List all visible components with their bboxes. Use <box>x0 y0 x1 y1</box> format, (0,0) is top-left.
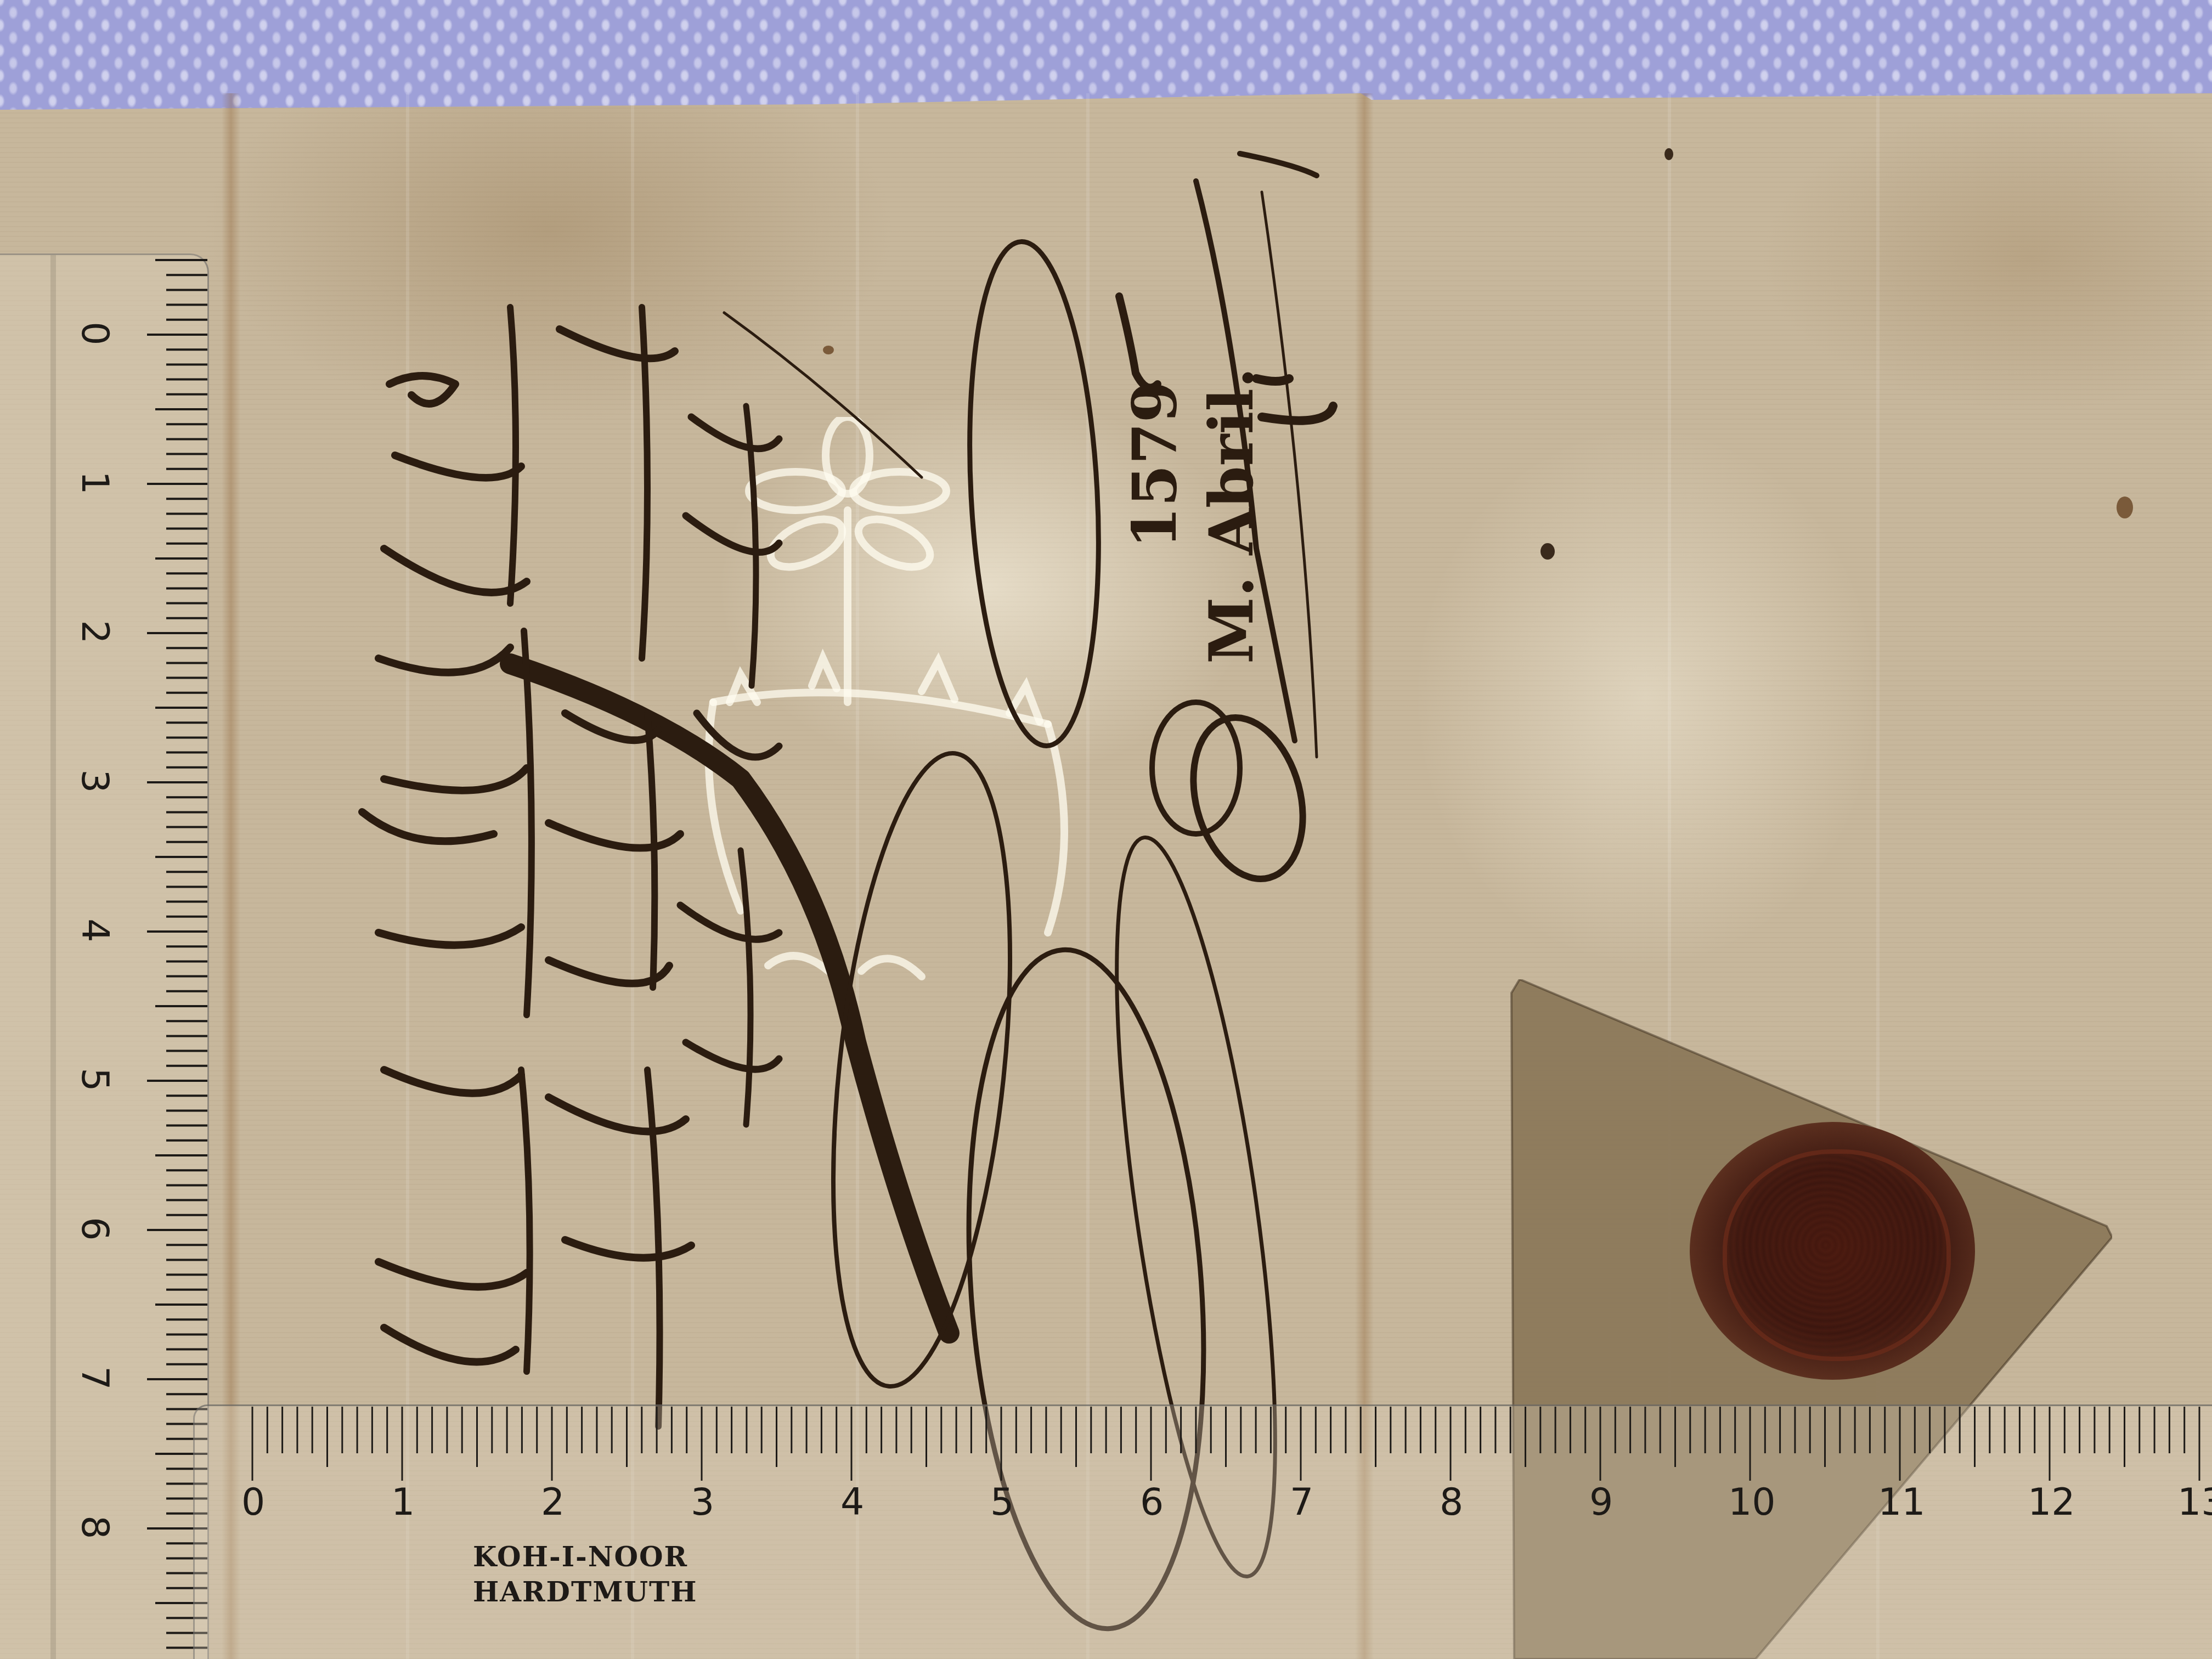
wax-seal-impression <box>1723 1149 1951 1361</box>
horizontal-ruler-label: 0 <box>241 1484 265 1521</box>
horizontal-ruler-label: 7 <box>1290 1484 1313 1521</box>
photo-scene: 1579 M. Abril. 012345678 012345678910111… <box>0 0 2212 1659</box>
horizontal-ruler-label: 2 <box>541 1484 565 1521</box>
ruler-brand: KOH-I-NOOR HARDTMUTH <box>473 1539 698 1610</box>
vertical-ruler-label: 5 <box>76 1068 113 1091</box>
wax-seal <box>1690 1122 1975 1380</box>
horizontal-ruler-label: 11 <box>1878 1484 1926 1521</box>
horizontal-ruler-label: 4 <box>840 1484 864 1521</box>
vertical-ruler-label: 4 <box>76 918 113 942</box>
horizontal-ruler-label: 5 <box>990 1484 1014 1521</box>
vertical-ruler-label: 6 <box>76 1217 113 1240</box>
vertical-ruler-label: 7 <box>76 1366 113 1390</box>
year-annotation: 1579 <box>1119 381 1190 549</box>
month-annotation: M. Abril. <box>1196 368 1267 664</box>
vertical-ruler-label: 1 <box>76 471 113 494</box>
horizontal-ruler-label: 3 <box>691 1484 714 1521</box>
ruler-brand-line2: HARDTMUTH <box>473 1575 698 1610</box>
horizontal-ruler-label: 12 <box>2028 1484 2075 1521</box>
horizontal-ruler-label: 13 <box>2177 1484 2212 1521</box>
horizontal-ruler-label: 6 <box>1140 1484 1164 1521</box>
horizontal-ruler-label: 1 <box>391 1484 415 1521</box>
horizontal-ruler-label: 8 <box>1440 1484 1463 1521</box>
horizontal-ruler-label: 10 <box>1728 1484 1776 1521</box>
vertical-ruler-label: 2 <box>76 620 113 644</box>
ruler-brand-line1: KOH-I-NOOR <box>473 1539 698 1575</box>
vertical-ruler-label: 0 <box>76 321 113 345</box>
vertical-ruler-label: 3 <box>76 769 113 793</box>
horizontal-ruler-label: 9 <box>1589 1484 1613 1521</box>
